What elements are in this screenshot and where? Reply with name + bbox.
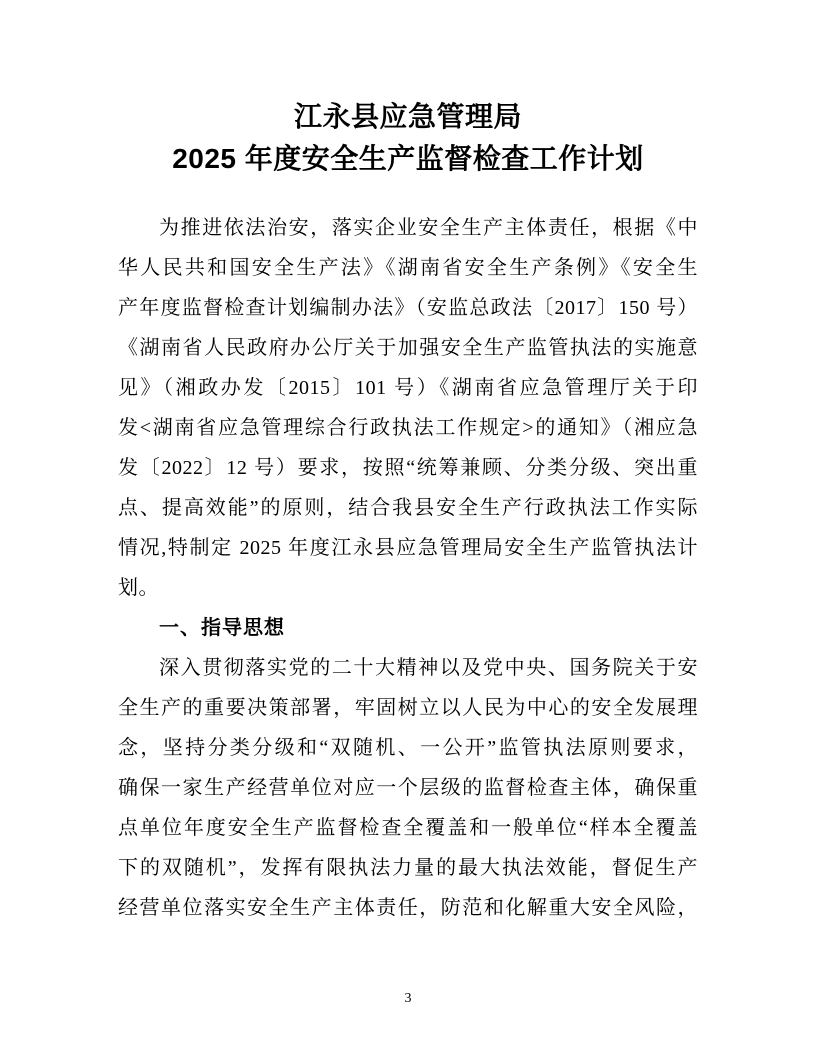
intro-paragraph-line: 为推进依法治安，落实企业安全生产主体责任，根据《中: [118, 208, 698, 248]
intro-paragraph-line: 产年度监督检查计划编制办法》（安监总政法〔2017〕150 号）: [118, 288, 698, 328]
guiding-ideology-paragraph-line: 点单位年度安全生产监督检查全覆盖和一般单位“样本全覆盖: [118, 808, 698, 848]
document-body: 为推进依法治安，落实企业安全生产主体责任，根据《中华人民共和国安全生产法》《湖南…: [118, 208, 698, 928]
guiding-ideology-paragraph-line: 下的双随机”，发挥有限执法力量的最大执法效能，督促生产: [118, 848, 698, 888]
intro-paragraph-line: 发<湖南省应急管理综合行政执法工作规定>的通知》（湘应急: [118, 408, 698, 448]
intro-paragraph-line: 见》（湘政办发〔2015〕101 号）《湖南省应急管理厅关于印: [118, 368, 698, 408]
document-title-line-1: 江永县应急管理局: [118, 96, 698, 138]
guiding-ideology-paragraph-line: 深入贯彻落实党的二十大精神以及党中央、国务院关于安: [118, 648, 698, 688]
guiding-ideology-paragraph-line: 经营单位落实安全生产主体责任，防范和化解重大安全风险，: [118, 888, 698, 928]
document-page: 江永县应急管理局 2025 年度安全生产监督检查工作计划 为推进依法治安，落实企…: [0, 0, 816, 1056]
guiding-ideology-paragraph-line: 确保一家生产经营单位对应一个层级的监督检查主体，确保重: [118, 768, 698, 808]
page-footer: 3: [0, 989, 816, 1009]
intro-paragraph-line: 划。: [118, 568, 698, 608]
intro-paragraph-line: 点、提高效能”的原则，结合我县安全生产行政执法工作实际: [118, 488, 698, 528]
document-title: 江永县应急管理局 2025 年度安全生产监督检查工作计划: [118, 96, 698, 180]
intro-paragraph-line: 《湖南省人民政府办公厅关于加强安全生产监管执法的实施意: [118, 328, 698, 368]
intro-paragraph-line: 发〔2022〕12 号）要求，按照“统筹兼顾、分类分级、突出重: [118, 448, 698, 488]
guiding-ideology-paragraph-line: 念，坚持分类分级和“双随机、一公开”监管执法原则要求，: [118, 728, 698, 768]
intro-paragraph-line: 情况,特制定 2025 年度江永县应急管理局安全生产监管执法计: [118, 528, 698, 568]
page-number: 3: [405, 991, 412, 1006]
section-heading-guiding-ideology: 一、指导思想: [118, 608, 698, 648]
document-title-line-2: 2025 年度安全生产监督检查工作计划: [118, 138, 698, 180]
intro-paragraph-line: 华人民共和国安全生产法》《湖南省安全生产条例》《安全生: [118, 248, 698, 288]
guiding-ideology-paragraph-line: 全生产的重要决策部署，牢固树立以人民为中心的安全发展理: [118, 688, 698, 728]
